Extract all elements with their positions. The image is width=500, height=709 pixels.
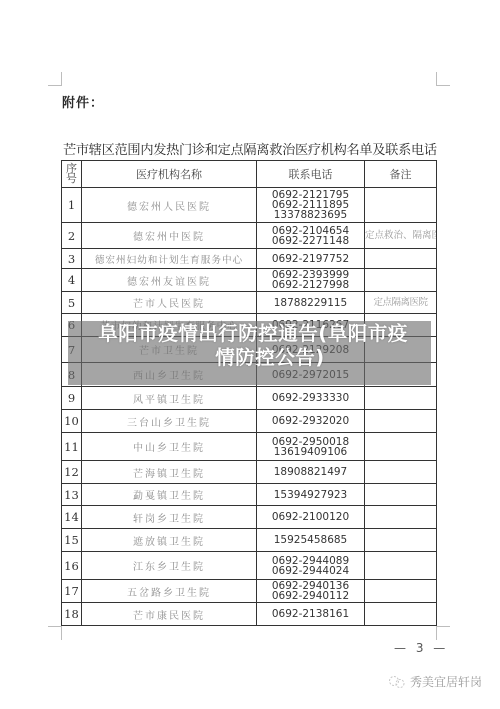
row-no: 13 <box>62 484 82 506</box>
phone-number: 13378823695 <box>257 210 364 220</box>
crop-mark-top-right-v <box>436 72 437 86</box>
crop-mark-top-left-h <box>48 85 62 86</box>
row-note <box>365 529 437 552</box>
row-name: 芒市人民医院 <box>82 292 257 314</box>
row-name: 江东乡卫生院 <box>82 552 257 580</box>
row-note <box>365 580 437 603</box>
row-no: 17 <box>62 580 82 603</box>
row-no: 2 <box>62 223 82 249</box>
crop-mark-top-left-v <box>61 72 62 86</box>
row-no: 5 <box>62 292 82 314</box>
table-row: 17 五岔路乡卫生院 0692-2940136 0692-2940112 <box>62 580 437 603</box>
row-phone: 0692-2100120 <box>257 506 365 529</box>
header-name: 医疗机构名称 <box>82 161 257 188</box>
crop-mark-bottom-left-h <box>48 626 62 627</box>
row-name: 德宏州中医院 <box>82 223 257 249</box>
row-phone: 0692-2932020 <box>257 410 365 433</box>
table-row: 3 德宏州妇幼和计划生育服务中心 0692-2197752 <box>62 249 437 269</box>
row-note <box>365 188 437 223</box>
row-phone: 0692-2944089 0692-2944024 <box>257 552 365 580</box>
row-phone: 18788229115 <box>257 292 365 314</box>
row-note: 定点救治、隔离医院 <box>365 223 437 249</box>
table-row: 5 芒市人民医院 18788229115 定点隔离医院 <box>62 292 437 314</box>
row-note <box>365 433 437 461</box>
row-phone: 0692-2104654 0692-2271148 <box>257 223 365 249</box>
row-phone: 0692-2121795 0692-2111895 13378823695 <box>257 188 365 223</box>
row-name: 勐戛镇卫生院 <box>82 484 257 506</box>
phone-number: 0692-2944089 <box>257 556 364 566</box>
phone-number: 15925458685 <box>257 535 364 545</box>
headline-line-1: 阜阳市疫情出行防控通告(阜阳市疫 <box>0 322 500 346</box>
row-no: 1 <box>62 188 82 223</box>
row-no: 16 <box>62 552 82 580</box>
row-phone: 0692-2393999 0692-2127998 <box>257 269 365 292</box>
row-phone: 18908821497 <box>257 461 365 484</box>
phone-number: 18788229115 <box>257 298 364 308</box>
table-row: 1 德宏州人民医院 0692-2121795 0692-2111895 1337… <box>62 188 437 223</box>
row-no: 10 <box>62 410 82 433</box>
row-name: 风平镇卫生院 <box>82 387 257 410</box>
table-row: 18 芒市康民医院 0692-2138161 <box>62 603 437 626</box>
table-row: 4 德宏州友谊医院 0692-2393999 0692-2127998 <box>62 269 437 292</box>
table-header-row: 序号 医疗机构名称 联系电话 备注 <box>62 161 437 188</box>
headline-line-2: 情防控公告) <box>0 346 500 370</box>
phone-number: 0692-2104654 <box>257 226 364 236</box>
table-row: 2 德宏州中医院 0692-2104654 0692-2271148 定点救治、… <box>62 223 437 249</box>
row-no: 15 <box>62 529 82 552</box>
header-note: 备注 <box>365 161 437 188</box>
phone-number: 0692-2100120 <box>257 512 364 522</box>
phone-number: 0692-2197752 <box>257 254 364 264</box>
row-no: 18 <box>62 603 82 626</box>
row-no: 12 <box>62 461 82 484</box>
headline-overlay-text: 阜阳市疫情出行防控通告(阜阳市疫 情防控公告) <box>0 322 500 370</box>
row-name: 遮放镇卫生院 <box>82 529 257 552</box>
phone-number: 0692-2271148 <box>257 236 364 246</box>
row-note: 定点隔离医院 <box>365 292 437 314</box>
crop-mark-top-right-h <box>436 85 450 86</box>
phone-number: 13619409106 <box>257 447 364 457</box>
watermark: 秀美宜居轩岗 <box>388 673 482 690</box>
phone-number: 0692-2940112 <box>257 591 364 601</box>
row-phone: 15925458685 <box>257 529 365 552</box>
attachment-label: 附件： <box>62 92 104 111</box>
crop-mark-bottom-left-v <box>61 626 62 640</box>
header-phone: 联系电话 <box>257 161 365 188</box>
table-row: 10 三台山乡卫生院 0692-2932020 <box>62 410 437 433</box>
table-row: 13 勐戛镇卫生院 15394927923 <box>62 484 437 506</box>
phone-number: 0692-2138161 <box>257 609 364 619</box>
row-phone: 0692-2940136 0692-2940112 <box>257 580 365 603</box>
row-phone: 0692-2138161 <box>257 603 365 626</box>
row-name: 芒市康民医院 <box>82 603 257 626</box>
row-no: 4 <box>62 269 82 292</box>
crop-mark-bottom-right-v <box>436 626 437 640</box>
table-row: 14 轩岗乡卫生院 0692-2100120 <box>62 506 437 529</box>
table-row: 16 江东乡卫生院 0692-2944089 0692-2944024 <box>62 552 437 580</box>
row-note <box>365 387 437 410</box>
phone-number: 0692-2932020 <box>257 416 364 426</box>
row-note <box>365 269 437 292</box>
row-no: 9 <box>62 387 82 410</box>
row-name: 五岔路乡卫生院 <box>82 580 257 603</box>
row-name: 轩岗乡卫生院 <box>82 506 257 529</box>
row-note <box>365 484 437 506</box>
row-name: 德宏州妇幼和计划生育服务中心 <box>82 249 257 269</box>
row-phone: 0692-2950018 13619409106 <box>257 433 365 461</box>
phone-number: 0692-2127998 <box>257 280 364 290</box>
row-phone: 0692-2197752 <box>257 249 365 269</box>
row-no: 3 <box>62 249 82 269</box>
row-phone: 0692-2933330 <box>257 387 365 410</box>
phone-number: 15394927923 <box>257 490 364 500</box>
row-name: 中山乡卫生院 <box>82 433 257 461</box>
row-name: 芒海镇卫生院 <box>82 461 257 484</box>
row-note <box>365 603 437 626</box>
header-no: 序号 <box>62 161 82 188</box>
phone-number: 0692-2944024 <box>257 566 364 576</box>
row-note <box>365 461 437 484</box>
medical-institution-table-container: 序号 医疗机构名称 联系电话 备注 1 德宏州人民医院 0692-2121795… <box>61 160 436 626</box>
wechat-official-account-icon <box>388 675 406 689</box>
row-phone: 15394927923 <box>257 484 365 506</box>
row-name: 德宏州人民医院 <box>82 188 257 223</box>
table-row: 11 中山乡卫生院 0692-2950018 13619409106 <box>62 433 437 461</box>
row-name: 三台山乡卫生院 <box>82 410 257 433</box>
phone-number: 18908821497 <box>257 467 364 477</box>
watermark-text: 秀美宜居轩岗 <box>410 673 482 690</box>
table-row: 9 风平镇卫生院 0692-2933330 <box>62 387 437 410</box>
row-note <box>365 249 437 269</box>
table-row: 12 芒海镇卫生院 18908821497 <box>62 461 437 484</box>
table-row: 15 遮放镇卫生院 15925458685 <box>62 529 437 552</box>
row-no: 14 <box>62 506 82 529</box>
header-no-label: 序号 <box>66 164 77 184</box>
row-note <box>365 410 437 433</box>
medical-institution-table: 序号 医疗机构名称 联系电话 备注 1 德宏州人民医院 0692-2121795… <box>61 160 437 626</box>
phone-number: 0692-2933330 <box>257 393 364 403</box>
row-name: 德宏州友谊医院 <box>82 269 257 292</box>
document-title: 芒市辖区范围内发热门诊和定点隔离救治医疗机构名单及联系电话 <box>63 139 437 158</box>
crop-mark-bottom-right-h <box>436 626 450 627</box>
phone-number: 0692-2950018 <box>257 437 364 447</box>
row-note <box>365 552 437 580</box>
page-number: — 3 — <box>394 641 448 655</box>
row-no: 11 <box>62 433 82 461</box>
row-note <box>365 506 437 529</box>
